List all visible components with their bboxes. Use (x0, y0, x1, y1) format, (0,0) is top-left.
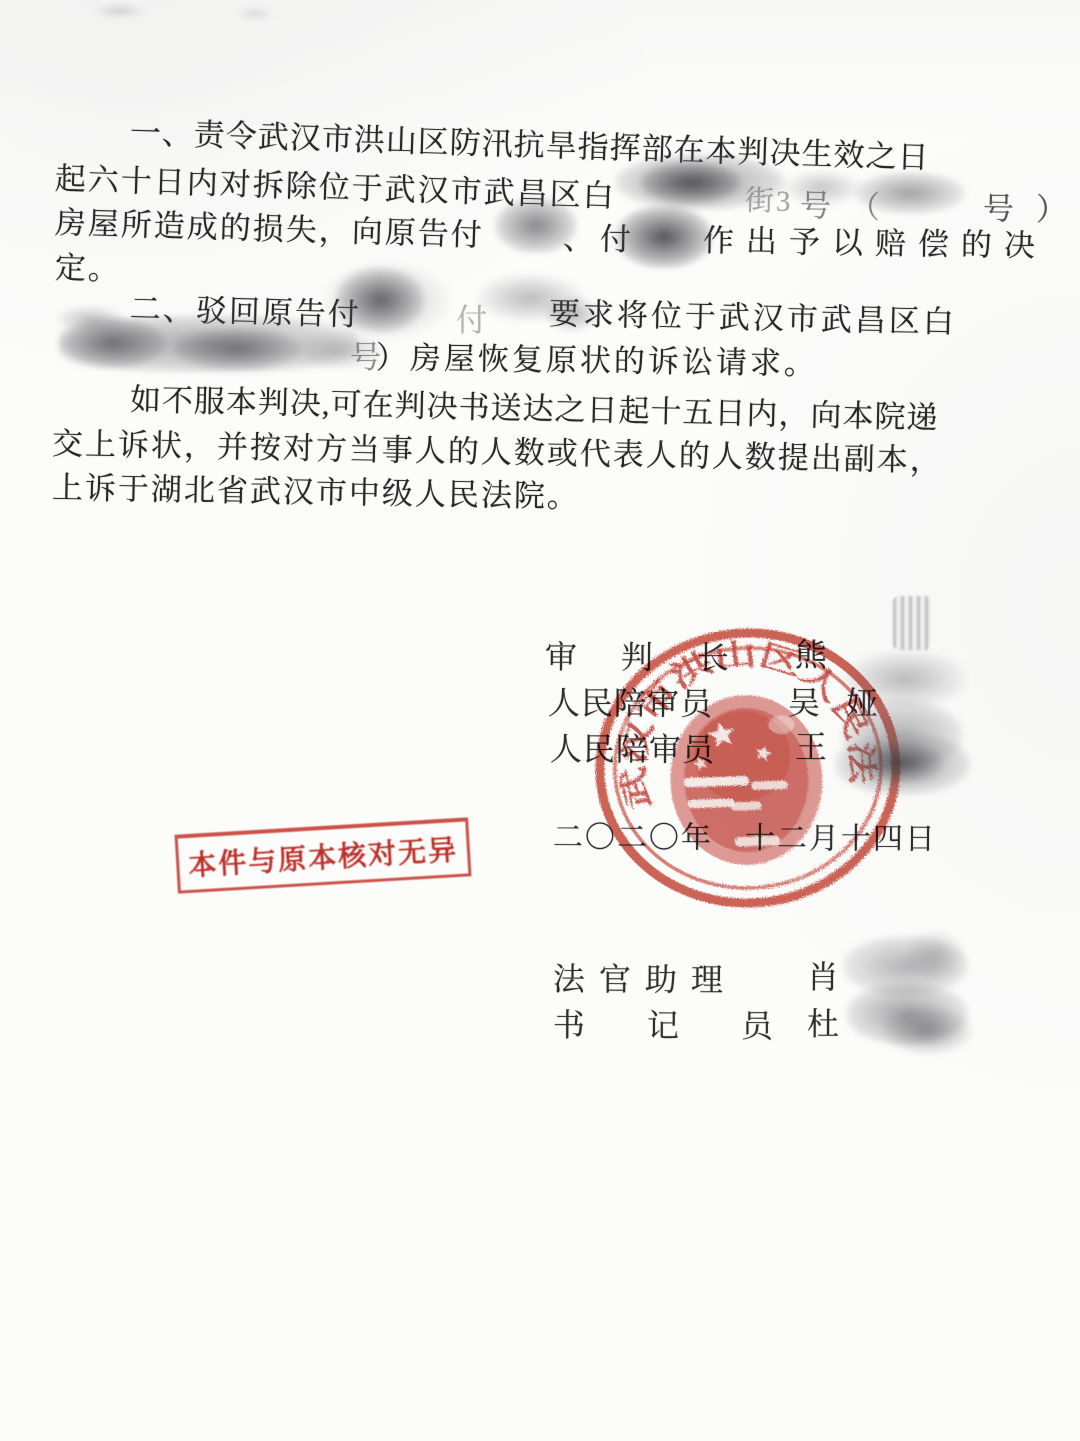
ruling-item1-line4: 定。 (54, 242, 121, 289)
redaction-smudge (884, 1008, 972, 1054)
judge-assistant-label: 法官助理 (553, 954, 737, 1001)
redaction-smudge (55, 306, 125, 332)
ruling-item1-line3-mid: 、付 (563, 213, 638, 259)
scan-speck (92, 4, 147, 18)
ruling-item2-line1: 二、驳回原告付 (129, 283, 361, 334)
national-emblem-icon (667, 692, 825, 867)
clerk-label: 书记员 (553, 1000, 835, 1047)
scan-speck (235, 8, 275, 19)
ruling-item2-line2: ）房屋恢复原状的诉讼请求。 (376, 332, 819, 383)
judge-assistant-name: 肖 (807, 952, 839, 998)
court-seal: 武汉市洪山区人民法院 (577, 600, 918, 941)
clerk-name: 杜 (807, 999, 839, 1045)
redaction-smudge (846, 983, 968, 1045)
scanned-judgment-page: 一、责令武汉市洪山区防汛抗旱指挥部在本判决生效之日 起六十日内对拆除位于武汉市武… (0, 0, 1080, 1441)
appeal-line3: 上诉于湖北省武汉市中级人民法院。 (52, 462, 581, 516)
ruling-item2-line1-end: 要求将位于武汉市武昌区白 (549, 288, 958, 342)
redaction-smudge (905, 930, 965, 982)
copy-verification-text: 本件与原本核对无异 (187, 828, 459, 884)
ruling-item1-line2-faint-a: 街3 (745, 178, 793, 220)
copy-verification-stamp: 本件与原本核对无异 (175, 817, 472, 893)
redaction-smudge (175, 328, 300, 370)
redaction-smudge (843, 936, 968, 996)
ruling-item1-line3-end: 作出予以赔偿的决 (703, 215, 1048, 265)
